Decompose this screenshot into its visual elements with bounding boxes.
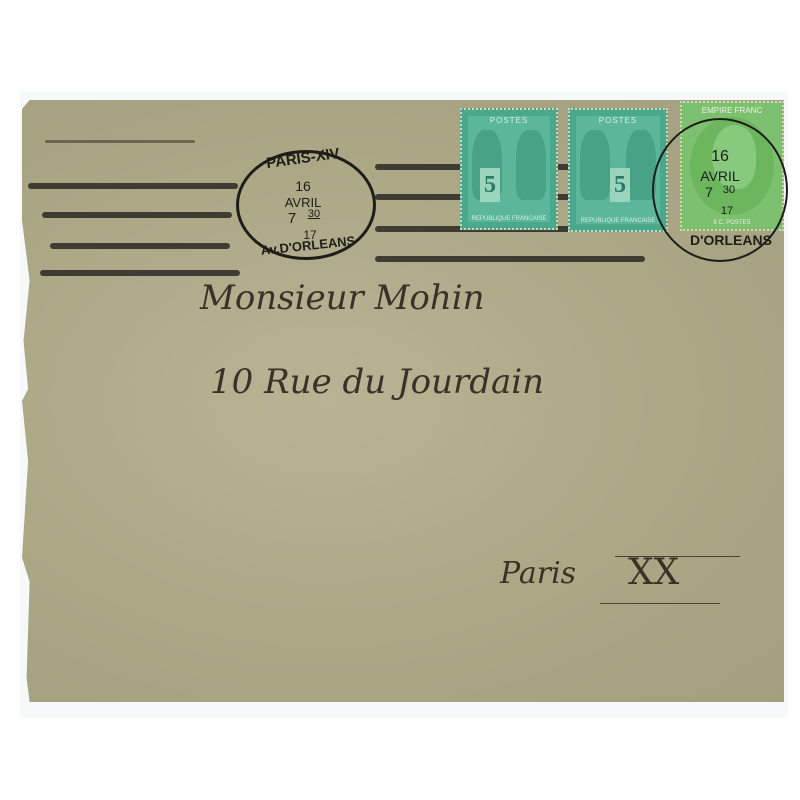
stamp-header: POSTES <box>570 116 666 125</box>
postmark-month: AVRIL <box>690 168 750 184</box>
district-underline <box>600 603 720 604</box>
stamp-value: 5 <box>610 168 630 202</box>
postmark-hour: 7 <box>282 210 302 227</box>
stamp-footer: REPUBLIQUE FRANCAISE <box>462 216 556 222</box>
postmark-bottom: D'ORLEANS <box>676 232 786 248</box>
address-line-2: 10 Rue du Jourdain <box>210 362 544 402</box>
postmark-day: 16 <box>278 178 328 194</box>
stamp-header: POSTES <box>462 116 556 125</box>
address-line-1: Monsieur Mohin <box>200 278 485 318</box>
address-district: XX <box>628 552 679 593</box>
address-city: Paris <box>500 556 576 591</box>
stamp-sage-1: POSTES 5 REPUBLIQUE FRANCAISE <box>460 108 558 230</box>
stamp-header: EMPIRE FRANC <box>682 106 782 115</box>
postmark-hour: 7 <box>700 184 718 200</box>
postmark-year: 17 <box>712 205 742 217</box>
stamp-sage-2: POSTES 5 REPUBLIQUE FRANCAISE <box>568 108 668 232</box>
postmark-minute: 30 <box>303 208 325 220</box>
district-overline <box>615 556 740 557</box>
postmark-minute: 30 <box>718 184 740 196</box>
stamp-value: 5 <box>480 168 500 202</box>
postmark-day: 16 <box>700 148 740 166</box>
stamp-footer: REPUBLIQUE FRANCAISE <box>570 218 666 224</box>
